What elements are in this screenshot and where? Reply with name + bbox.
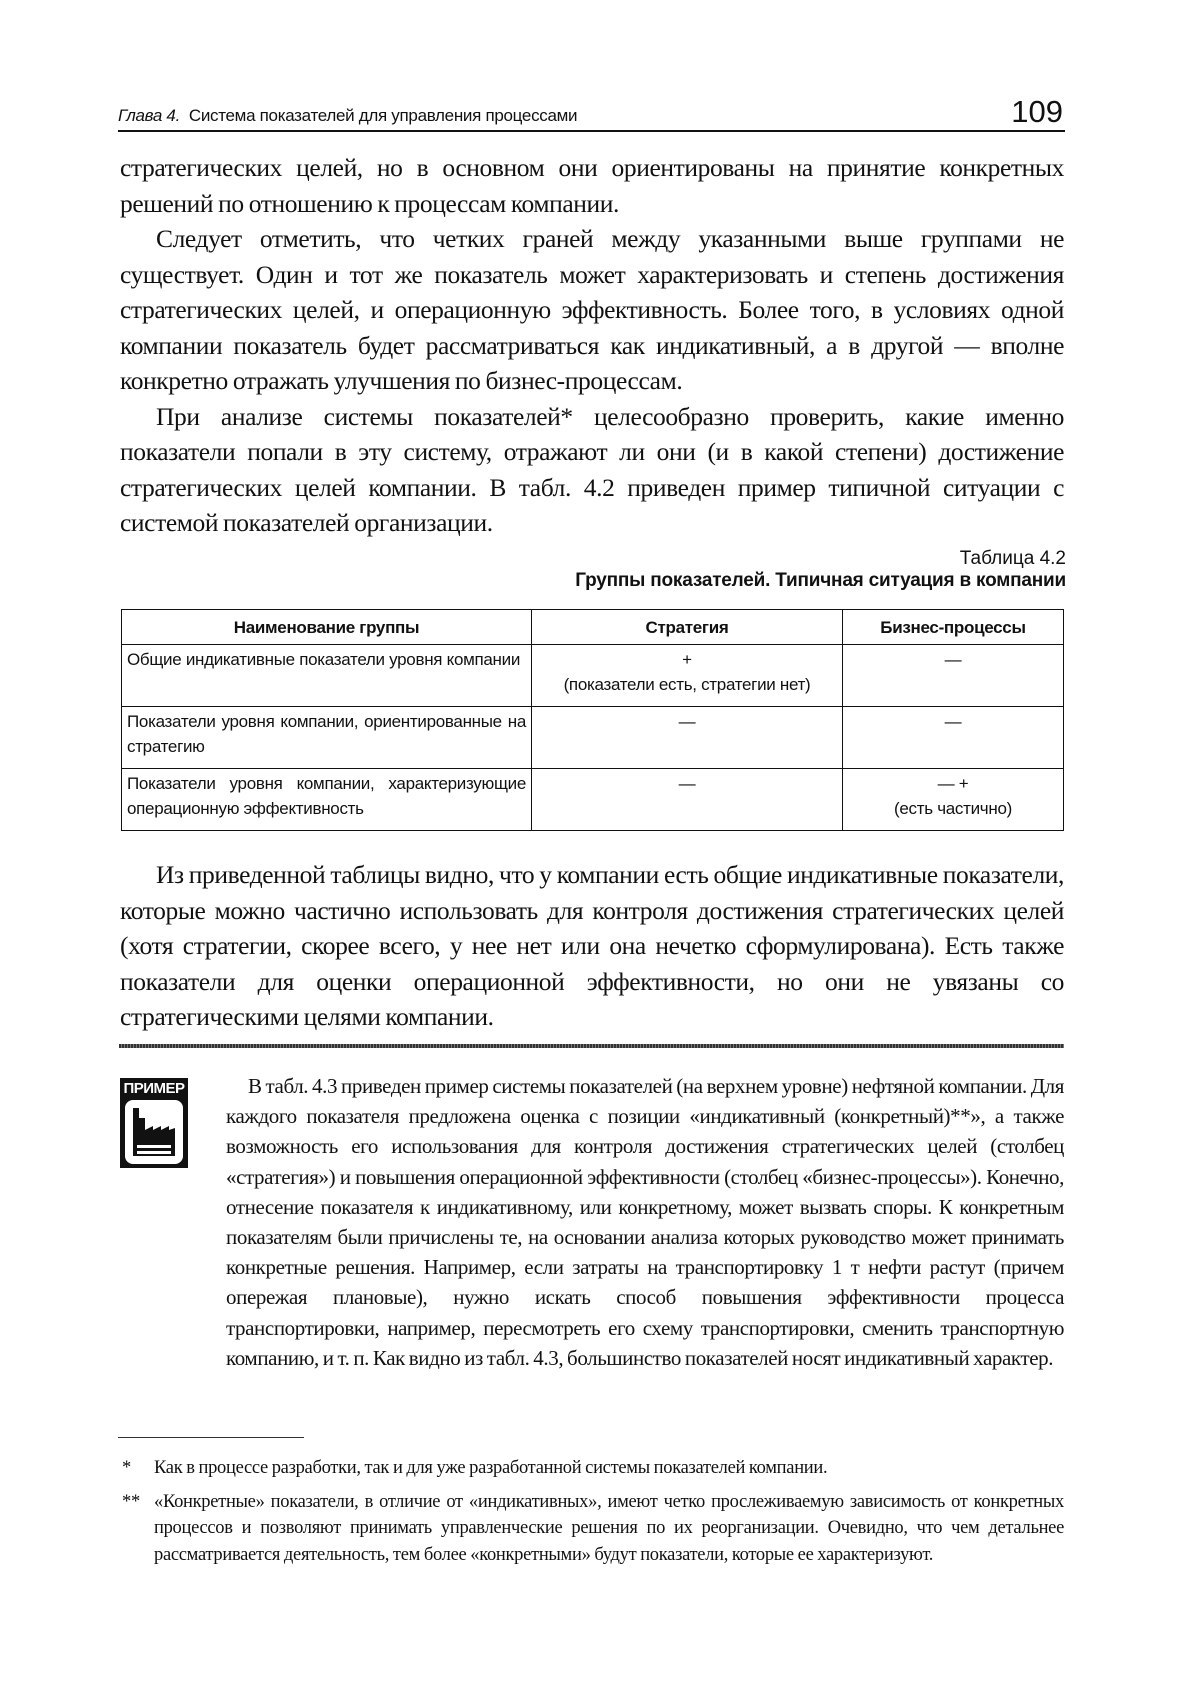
example-text: В табл. 4.3 приведен пример системы пока… [226,1071,1064,1373]
footnote-text: «Конкретные» показатели, в отличие от «и… [154,1492,1064,1565]
footnote: * Как в процессе разработки, так и для у… [118,1455,1064,1482]
paragraph: При анализе системы показателей* целесоо… [120,399,1064,541]
processes-mark: — [848,709,1058,734]
paragraph: Из приведенной таблицы видно, что у комп… [120,857,1064,1035]
section-divider [119,1044,1064,1048]
table-row: Показатели уровня компании, характеризую… [122,769,1064,831]
strategy-cell: +(показатели есть, стратегии нет) [532,645,843,707]
paragraph: стратегических целей, но в основном они … [120,150,1064,221]
group-name-cell: Общие индикативные показатели уровня ком… [122,645,532,707]
footnote-mark: ** [122,1489,152,1516]
processes-cell: — +(есть частично) [843,769,1064,831]
factory-icon [125,1100,183,1164]
column-header: Бизнес-процессы [843,610,1064,645]
processes-note: (есть частично) [848,796,1058,821]
table-number: Таблица 4.2 [575,548,1066,570]
strategy-cell: — [532,707,843,769]
example-paragraph: В табл. 4.3 приведен пример системы пока… [226,1071,1064,1373]
strategy-cell: — [532,769,843,831]
indicator-groups-table: Наименование группы Стратегия Бизнес-про… [121,609,1064,831]
footnote-text: Как в процессе разработки, так и для уже… [154,1458,827,1478]
column-header: Наименование группы [122,610,532,645]
strategy-mark: — [537,771,837,796]
book-page: Глава 4. Система показателей для управле… [0,0,1190,1684]
body-text-top: стратегических целей, но в основном они … [120,150,1064,541]
chapter-label: Глава 4. [118,106,180,125]
chapter-title: Система показателей для управления проце… [189,106,577,125]
paragraph: Следует отметить, что четких граней межд… [120,221,1064,399]
processes-cell: — [843,645,1064,707]
footnote-mark: * [122,1455,152,1482]
footnote-rule [118,1437,304,1438]
table-row: Общие индикативные показатели уровня ком… [122,645,1064,707]
footnote: ** «Конкретные» показатели, в отличие от… [118,1489,1064,1569]
strategy-note: (показатели есть, стратегии нет) [537,672,837,697]
table-header-row: Наименование группы Стратегия Бизнес-про… [122,610,1064,645]
footnotes: * Как в процессе разработки, так и для у… [118,1455,1064,1575]
table-row: Показатели уровня компании, ориентирован… [122,707,1064,769]
example-badge: ПРИМЕР [120,1078,188,1168]
strategy-mark: — [537,709,837,734]
running-title: Глава 4. Система показателей для управле… [118,106,577,126]
strategy-mark: + [537,647,837,672]
group-name-cell: Показатели уровня компании, ориентирован… [122,707,532,769]
column-header: Стратегия [532,610,843,645]
processes-cell: — [843,707,1064,769]
group-name-cell: Показатели уровня компании, характеризую… [122,769,532,831]
table-title: Группы показателей. Типичная ситуация в … [575,570,1066,592]
running-header: Глава 4. Система показателей для управле… [118,96,1065,132]
processes-mark: — [848,647,1058,672]
example-badge-label: ПРИМЕР [120,1080,188,1097]
table-caption: Таблица 4.2 Группы показателей. Типичная… [575,548,1066,592]
body-text-after-table: Из приведенной таблицы видно, что у комп… [120,857,1064,1035]
processes-mark: — + [848,771,1058,796]
page-number: 109 [1011,94,1063,130]
